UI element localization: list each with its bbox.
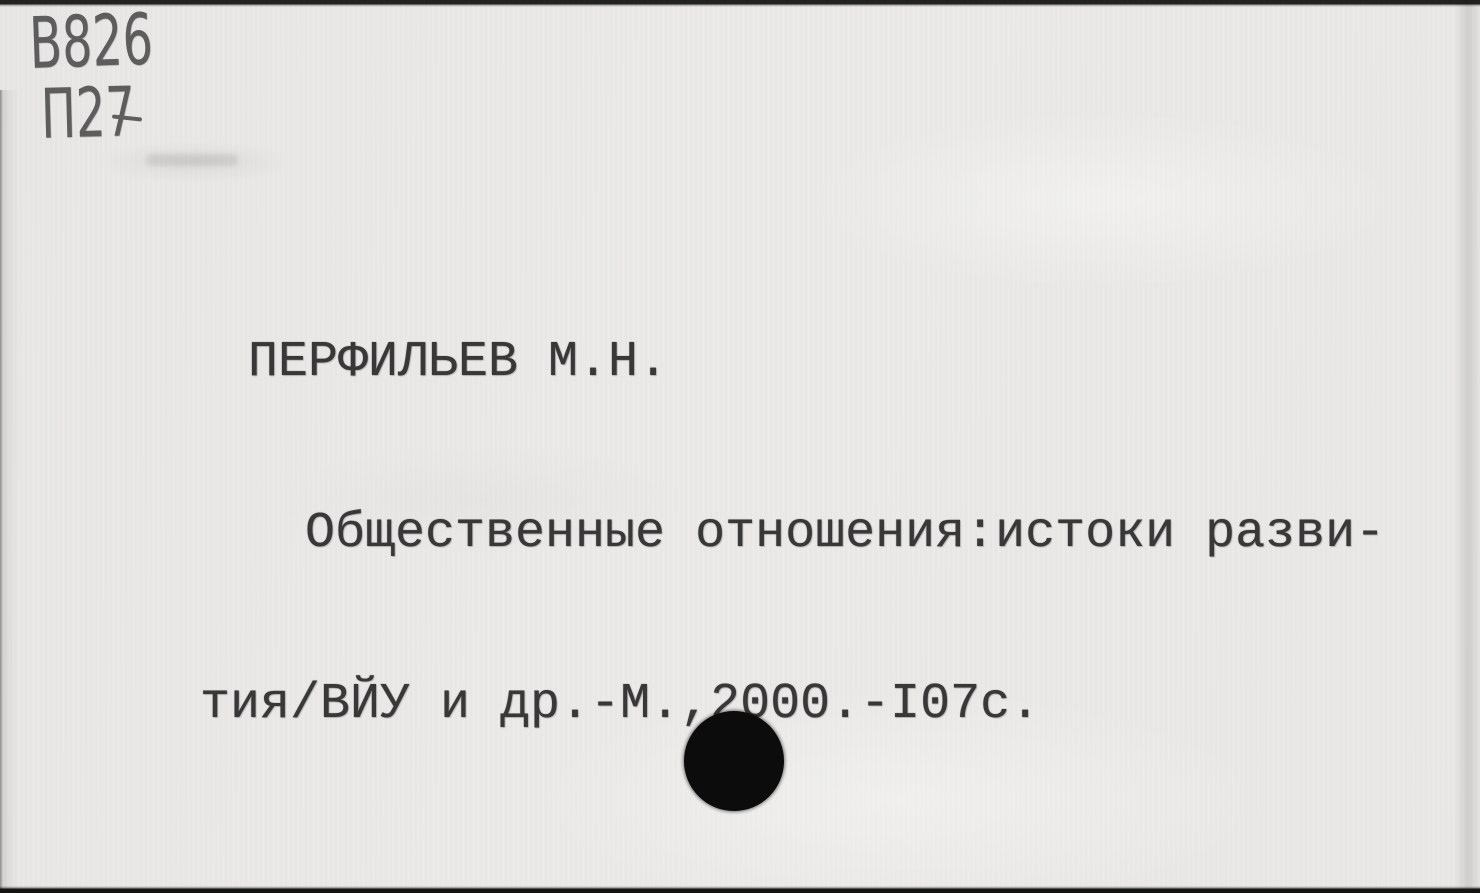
bibliographic-entry: ПЕРФИЛЬЕВ М.Н. Общественные отношения:ис… <box>200 220 1385 847</box>
punch-hole-dot-icon <box>684 711 784 811</box>
scan-edge-left <box>0 90 20 893</box>
imprint-line: тия/ВЙУ и др.-М.,2000.-I07с. <box>200 676 1385 733</box>
scan-edge-bottom <box>0 886 1480 893</box>
call-number-bottom: П27 <box>40 72 136 155</box>
catalog-card: В826 П27 ПЕРФИЛЬЕВ М.Н. Общественные отн… <box>0 0 1480 893</box>
author-line: ПЕРФИЛЬЕВ М.Н. <box>248 334 1385 391</box>
scan-edge-top <box>0 0 1480 7</box>
scan-edge-right <box>1454 0 1480 893</box>
pencil-smudge <box>146 154 238 166</box>
title-line: Общественные отношения:истоки разви- <box>305 505 1385 562</box>
